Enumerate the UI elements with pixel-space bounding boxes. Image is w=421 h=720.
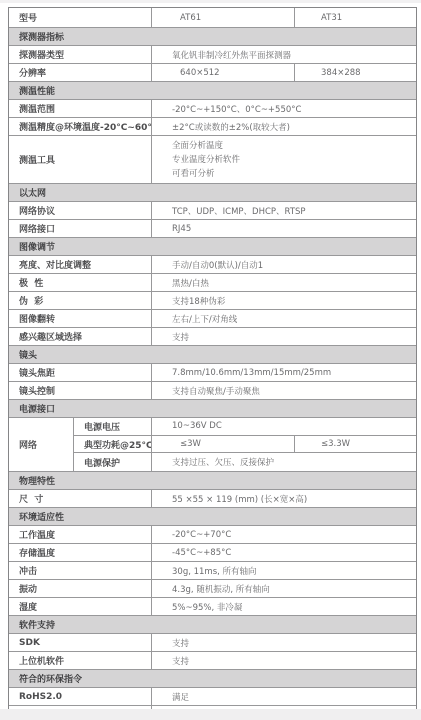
spec-value: 手动/自动0(默认)/自动1 [151, 256, 416, 273]
spec-row: 湿度5%~95%, 非冷凝 [9, 598, 416, 616]
spec-label: 伪 彩 [9, 292, 151, 309]
spec-row: SDK支持 [9, 634, 416, 652]
spec-row: 亮度、对比度调整手动/自动0(默认)/自动1 [9, 256, 416, 274]
spec-label: 湿度 [9, 598, 151, 615]
spec-value: 支持过压、欠压、反接保护 [151, 453, 416, 471]
spec-row: 探测器类型氧化钒非制冷红外焦平面探测器 [9, 46, 416, 64]
section-header-row: 环境适应性 [9, 508, 416, 526]
spec-row: 感兴趣区域选择支持 [9, 328, 416, 346]
section-title: 电源接口 [19, 402, 55, 415]
spec-label: 振动 [9, 580, 151, 597]
spec-row: 上位机软件支持 [9, 652, 416, 670]
section-title: 探测器指标 [19, 30, 64, 43]
spec-label: 探测器类型 [9, 46, 151, 63]
spec-label: SDK [9, 634, 151, 651]
spec-row: 测温工具全面分析温度专业温度分析软件可看可分析 [9, 136, 416, 184]
spec-label: 镜头控制 [9, 382, 151, 399]
section-header-row: 图像调节 [9, 238, 416, 256]
spec-value: 支持自动聚焦/手动聚焦 [151, 382, 416, 399]
section-title: 软件支持 [19, 618, 55, 631]
section-header-row: 符合的环保指令 [9, 670, 416, 688]
spec-value-line: 可看可分析 [172, 167, 215, 181]
spec-row: 极 性黑热/白热 [9, 274, 416, 292]
spec-row: 工作温度-20°C~+70°C [9, 526, 416, 544]
spec-label: 测温工具 [9, 136, 151, 183]
spec-value: 支持 [151, 328, 416, 345]
spec-row: 测温精度@环境温度-20°C~60°C±2°C或读数的±2%(取较大者) [9, 118, 416, 136]
spec-label: 存储温度 [9, 544, 151, 561]
spec-value: 30g, 11ms, 所有轴向 [151, 562, 416, 579]
spec-value: 氧化钒非制冷红外焦平面探测器 [151, 46, 416, 63]
section-title: 物理特性 [19, 474, 55, 487]
spec-value-col1: AT61 [151, 8, 294, 27]
spec-value: 支持 [151, 634, 416, 651]
spec-value-col1: 640×512 [151, 64, 294, 81]
page-background: { "page": { "top_strip_color": "#f2f1f2"… [0, 0, 421, 720]
spec-value: 55 ×55 × 119 (mm) (长×宽×高) [151, 490, 416, 507]
spec-value: -45°C~+85°C [151, 544, 416, 561]
spec-label: 测温范围 [9, 100, 151, 117]
spec-subrow: 电源保护支持过压、欠压、反接保护 [73, 453, 416, 471]
section-header-row: 探测器指标 [9, 28, 416, 46]
spec-label: 分辨率 [9, 64, 151, 81]
spec-row: 冲击30g, 11ms, 所有轴向 [9, 562, 416, 580]
spec-label: 亮度、对比度调整 [9, 256, 151, 273]
spec-label: 图像翻转 [9, 310, 151, 327]
spec-group-row: 网络电源电压10~36V DC典型功耗@25°C≤3W≤3.3W电源保护支持过压… [9, 418, 416, 472]
spec-subrow: 电源电压10~36V DC [73, 418, 416, 436]
spec-row: 存储温度-45°C~+85°C [9, 544, 416, 562]
spec-label: 工作温度 [9, 526, 151, 543]
spec-value-col1: ≤3W [151, 436, 294, 453]
spec-value: RJ45 [151, 220, 416, 237]
section-title: 符合的环保指令 [19, 672, 82, 685]
section-header-row: 物理特性 [9, 472, 416, 490]
spec-row: 测温范围-20°C~+150°C、0°C~+550°C [9, 100, 416, 118]
spec-subrow: 典型功耗@25°C≤3W≤3.3W [73, 436, 416, 454]
spec-row: 镜头焦距7.8mm/10.6mm/13mm/15mm/25mm [9, 364, 416, 382]
spec-label: 网络协议 [9, 202, 151, 219]
spec-value-line: 专业温度分析软件 [172, 153, 240, 167]
section-title: 镜头 [19, 348, 37, 361]
spec-row: 分辨率640×512384×288 [9, 64, 416, 82]
spec-row: 图像翻转左右/上下/对角线 [9, 310, 416, 328]
spec-label: RoHS2.0 [9, 688, 151, 705]
spec-value: 满足 [151, 688, 416, 705]
spec-value: 7.8mm/10.6mm/13mm/15mm/25mm [151, 364, 416, 381]
bottom-strip [0, 709, 421, 720]
section-header-row: 以太网 [9, 184, 416, 202]
spec-label: 尺 寸 [9, 490, 151, 507]
spec-label: 感兴趣区域选择 [9, 328, 151, 345]
spec-value-col2: 384×288 [294, 64, 416, 81]
group-subrows: 电源电压10~36V DC典型功耗@25°C≤3W≤3.3W电源保护支持过压、欠… [73, 418, 416, 471]
section-title: 环境适应性 [19, 510, 64, 523]
spec-value-col2: AT31 [294, 8, 416, 27]
spec-table: 型号AT61AT31探测器指标探测器类型氧化钒非制冷红外焦平面探测器分辨率640… [8, 7, 417, 720]
spec-row: RoHS2.0满足 [9, 688, 416, 706]
spec-value: 4.3g, 随机振动, 所有轴向 [151, 580, 416, 597]
section-header-row: 测温性能 [9, 82, 416, 100]
spec-row: 尺 寸55 ×55 × 119 (mm) (长×宽×高) [9, 490, 416, 508]
spec-row: 网络接口RJ45 [9, 220, 416, 238]
spec-label: 上位机软件 [9, 652, 151, 669]
spec-value: ±2°C或读数的±2%(取较大者) [151, 118, 416, 135]
spec-label: 测温精度@环境温度-20°C~60°C [9, 118, 151, 135]
spec-label: 型号 [9, 8, 151, 27]
spec-value-multiline: 全面分析温度专业温度分析软件可看可分析 [151, 136, 416, 183]
spec-sublabel: 典型功耗@25°C [73, 436, 151, 453]
spec-value: -20°C~+150°C、0°C~+550°C [151, 100, 416, 117]
spec-label: 冲击 [9, 562, 151, 579]
section-header-row: 镜头 [9, 346, 416, 364]
spec-label: 镜头焦距 [9, 364, 151, 381]
spec-row: 伪 彩支持18种伪彩 [9, 292, 416, 310]
spec-label: 极 性 [9, 274, 151, 291]
spec-value: -20°C~+70°C [151, 526, 416, 543]
group-label: 网络 [9, 418, 73, 471]
spec-row: 镜头控制支持自动聚焦/手动聚焦 [9, 382, 416, 400]
spec-value-line: 全面分析温度 [172, 139, 223, 153]
section-header-row: 软件支持 [9, 616, 416, 634]
spec-sublabel: 电源保护 [73, 453, 151, 471]
spec-value: 支持 [151, 652, 416, 669]
spec-sublabel: 电源电压 [73, 418, 151, 435]
spec-value: 10~36V DC [151, 418, 416, 435]
spec-row: 型号AT61AT31 [9, 8, 416, 28]
spec-label: 网络接口 [9, 220, 151, 237]
section-title: 测温性能 [19, 84, 55, 97]
section-title: 图像调节 [19, 240, 55, 253]
top-strip [0, 0, 421, 3]
spec-row: 振动4.3g, 随机振动, 所有轴向 [9, 580, 416, 598]
spec-value: TCP、UDP、ICMP、DHCP、RTSP [151, 202, 416, 219]
section-header-row: 电源接口 [9, 400, 416, 418]
spec-value: 左右/上下/对角线 [151, 310, 416, 327]
spec-value: 5%~95%, 非冷凝 [151, 598, 416, 615]
spec-row: 网络协议TCP、UDP、ICMP、DHCP、RTSP [9, 202, 416, 220]
spec-value: 支持18种伪彩 [151, 292, 416, 309]
spec-value-col2: ≤3.3W [294, 436, 416, 453]
spec-value: 黑热/白热 [151, 274, 416, 291]
section-title: 以太网 [19, 186, 46, 199]
